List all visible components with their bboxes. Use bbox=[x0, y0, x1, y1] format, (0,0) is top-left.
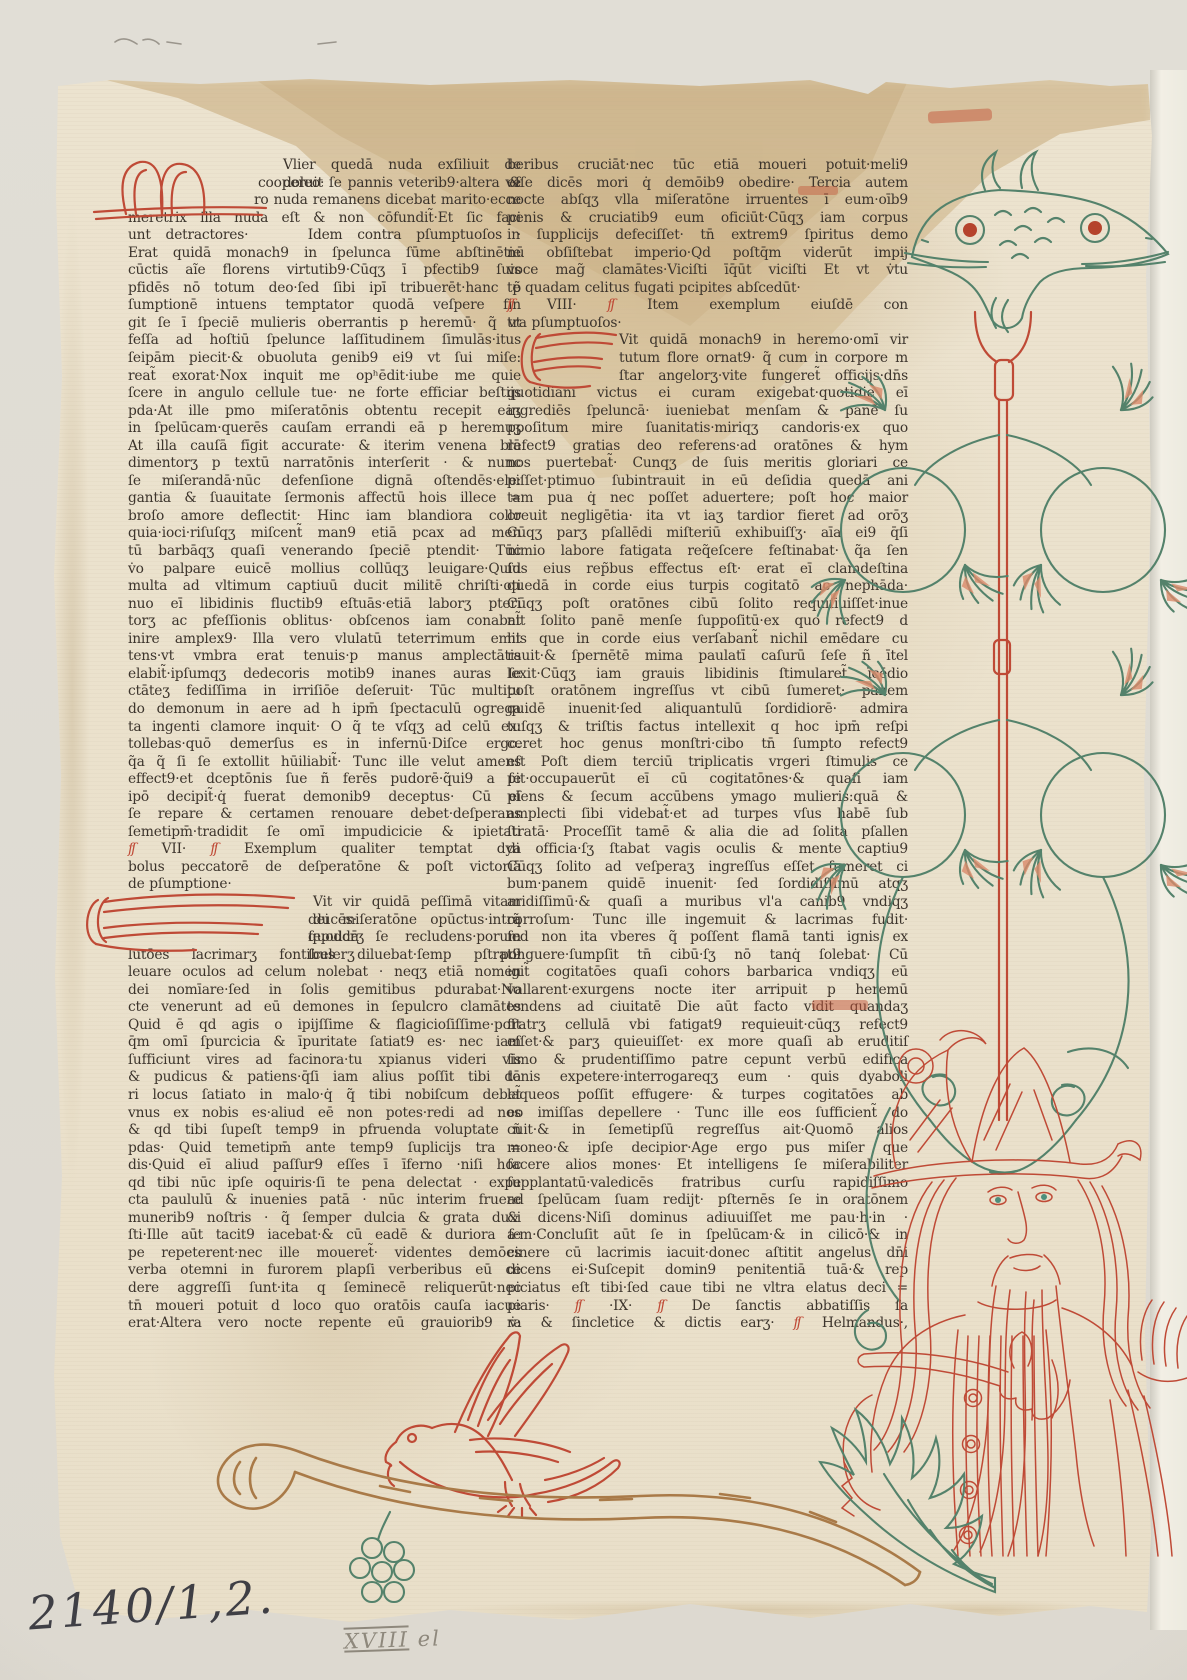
text-line: tam pua q̇ nec poſſet aduertere; poſt ho… bbox=[507, 490, 908, 508]
text-line: ſimo & prudentiſſimo patre cepunt verbū … bbox=[507, 1052, 908, 1070]
text-line: ſus eius rep̃bus effectus eſt· erat eī c… bbox=[507, 561, 908, 579]
text-line: quotidiani victus ei curam exigebat·quot… bbox=[507, 385, 908, 403]
text-line: lexit·Cūqʒ iam grauis libidinis ſtimular… bbox=[507, 666, 908, 684]
text-line: pdas· Quid temetipm̄ ante temp9 ſuplicij… bbox=[128, 1140, 521, 1158]
pencil-note: XVIII el bbox=[344, 1626, 442, 1653]
text-line: Cūqʒ ſolito ad veſperaʒ ingreſſus eſſet … bbox=[507, 859, 908, 877]
text-line: dis·Quid eī aliud paſſur9 eſſes ī īferno… bbox=[128, 1157, 521, 1175]
text-line: ſumptionē intuens temptator quodā veſper… bbox=[128, 297, 521, 315]
text-line: cūctis aĩe florens virtutib9·Cūqʒ ī pfec… bbox=[128, 262, 521, 280]
text-line: ad ſpelūcam ſuam redijt· pſternēs ſe in … bbox=[507, 1192, 908, 1210]
text-line: in ſupplicijs defeciſſet· tn̄ extrem9 ſp… bbox=[507, 227, 908, 245]
text-line: ſemetipm̄·tradidit ſe omī impudicicie & … bbox=[128, 824, 521, 842]
backing-sheet-edge bbox=[1150, 70, 1187, 1630]
text-line: multa ad vltimum captiuū ducit militē ch… bbox=[128, 578, 521, 596]
text-line: qd tibi nūc ipſe oquiris·ſi te pena dele… bbox=[128, 1175, 521, 1193]
text-line: nocte abſqʒ vlla miſeratōne irruentes ī … bbox=[507, 192, 908, 210]
text-line: poſt oratōnem ingreſſus vt cibū ſumeret·… bbox=[507, 683, 908, 701]
text-line: tens·vt vmbra erat tenuis·p manus amplec… bbox=[128, 648, 521, 666]
pencil-note-roman: XVIII bbox=[344, 1627, 410, 1653]
text-line: ſe miſerandā·nūc defenſione dignā oſtend… bbox=[128, 473, 521, 491]
heading-text: VII· bbox=[137, 841, 210, 857]
text-line: ſufficiunt vires ad facinora·tu xpianus … bbox=[128, 1052, 521, 1070]
text-line: unt detractores· Idem contra pſumptuoſos… bbox=[128, 227, 521, 245]
text-line: aridiſſimū·& quaſi a muribus vl'a canib9… bbox=[507, 894, 908, 912]
text-line: Vlier quedā nuda exſiliuit de doleo· & bbox=[128, 157, 521, 175]
text-line: feſſa ad hoſtiū ſpelunce laſſitudinem ſi… bbox=[128, 332, 521, 350]
text-line: ſtratā· Proceſſit tamē & alia die ad ſol… bbox=[507, 824, 908, 842]
text-line: piciatus eſt tibi·ſed caue tibi ne vltra… bbox=[507, 1280, 908, 1298]
text-line: leuare oculos ad celum nolebat · neqʒ et… bbox=[128, 964, 521, 982]
text-line: Vit quidā monach9 in heremo·omī vir bbox=[507, 332, 908, 350]
text-line: ri locus ſatiato in malo·q̇ q̃ tibi nobi… bbox=[128, 1087, 521, 1105]
text-line: munerib9 noſtris · q̃ ſemper dulcia & gr… bbox=[128, 1210, 521, 1228]
text-line: q̄m omī ſpurcicia & īpuritate ſatiat9 es… bbox=[128, 1034, 521, 1052]
text-line: igit̃ cogitatōes quaſi cohors barbarica … bbox=[507, 964, 908, 982]
text-line: Cūqʒ parʒ pſallēdi miſteriū exhibuiſſʒ· … bbox=[507, 525, 908, 543]
text-line: nit ſolito panē menſe ſuppoſitū·ex quo r… bbox=[507, 613, 908, 631]
text-line: a·m·Concluſit aūt ſe in ſpelūcam·& in ci… bbox=[507, 1227, 908, 1245]
text-line: tuſqʒ & triſtis factus intellexit q hoc … bbox=[507, 719, 908, 737]
text-line: meretrix illa nuda eſt & non cōfundit̃·E… bbox=[128, 210, 521, 228]
text-line: te quadam celitus fugati pcipites abſced… bbox=[507, 280, 908, 298]
text-line: de pſumptione· bbox=[128, 876, 521, 894]
text-line: tōnis expetere·interrogareqʒ eum · quis … bbox=[507, 1069, 908, 1087]
text-line: dere aggreſſi ſunt·ita q ſeminecē reliqu… bbox=[128, 1280, 521, 1298]
text-line: dimentorʒ p textū narratōnis interſerit … bbox=[128, 455, 521, 473]
text-line: git ſe ī ſpeciē mulieris oberrantis p he… bbox=[128, 315, 521, 333]
heading-text: ·IX· bbox=[584, 1298, 657, 1314]
text-line: reat̃ exorat·Nox inquit me opʰēdit·iube … bbox=[128, 368, 521, 386]
text-line: tutum flore ornat9· q̃ cum in corpore m bbox=[507, 350, 908, 368]
text-line: tollebas·quō demerſus es in infernū·Diſc… bbox=[128, 736, 521, 754]
text-line: ceret hoc genus monſtri·cibo tn̄ ſumpto … bbox=[507, 736, 908, 754]
text-line: quia·ioci·riſuſqʒ miſcent̃ man9 etiā pca… bbox=[128, 525, 521, 543]
heading-text: VIII· bbox=[516, 297, 607, 313]
text-line: amplecti ſibi videbat̃·et ad turpes vſus… bbox=[507, 806, 908, 824]
text-line: vallarent·exurgens nocte iter arripuit p… bbox=[507, 982, 908, 1000]
text-line: torʒ ac pfeſſionis oblitus· obſcenos iam… bbox=[128, 613, 521, 631]
text-line: ſtar angelorʒ·vite fungeret̃ officijs·dn… bbox=[507, 368, 908, 386]
text-line: Vit vir quidā peſſimā vitam ducēs· q̃ bbox=[128, 894, 521, 912]
text-line: broſo amore deflectit· Hinc iam blandior… bbox=[128, 508, 521, 526]
text-line: beribus cruciāt·nec tūc etiā moueri potu… bbox=[507, 157, 908, 175]
column-left: Vlier quedā nuda exſiliuit de doleo· &co… bbox=[128, 157, 521, 1333]
text-line: cinere cū lacrimis iacuit·donec aſtitit … bbox=[507, 1245, 908, 1263]
text-line: Erat quidā monach9 in ſpelunca ſūme abſt… bbox=[128, 245, 521, 263]
text-line: piaris· ſſ ·IX· ſſ De ſanctis abbatiſſis… bbox=[507, 1298, 908, 1316]
text-line: verba otemni in furorem plapſi verberibu… bbox=[128, 1262, 521, 1280]
text-line: cuit·& in ſemetipſū regreſſus ait·Quomō … bbox=[507, 1122, 908, 1140]
text-line: quidē inuenit·ſed aliquantulū ſordidiorē… bbox=[507, 701, 908, 719]
text-line: nimio labore fatigata req̃eſcere feſtina… bbox=[507, 543, 908, 561]
heading-text: De ſanctis abbatiſſis ſa bbox=[667, 1298, 908, 1314]
text-line: effect9·et dceptōnis ſue ñ ferēs pudorē·… bbox=[128, 771, 521, 789]
text-line: nū obſiſtebat imperio·Qd poſtq̄m viderūt… bbox=[507, 245, 908, 263]
text-line: ro nuda remanens dicebat marito·ecce bbox=[128, 192, 521, 210]
text-line: ſe repare & certamen renouare debet·deſp… bbox=[128, 806, 521, 824]
text-line: eo imiſſas depellere · Tunc ille eos ſuf… bbox=[507, 1105, 908, 1123]
text-line: ppoſitum mire ſuanitatis·miriqʒ candoris… bbox=[507, 420, 908, 438]
text-line: in ſpelūcam·querēs cauſam errandi eā p h… bbox=[128, 420, 521, 438]
text-line: rauit·& ſpernētē mima paulatī caſurū ſeſ… bbox=[507, 648, 908, 666]
column-right: beribus cruciāt·nec tūc etiā moueri potu… bbox=[507, 157, 908, 1333]
text-line: do demonum in aere ad h ipm̄ ſpectaculū … bbox=[128, 701, 521, 719]
paragraph-mark: ſſ bbox=[575, 1298, 581, 1314]
text-line: Cūqʒ poſt oratōnes cibū ſolito requiſiui… bbox=[507, 596, 908, 614]
text-line: gantia & ſuauitate ſermonis affectū hois… bbox=[128, 490, 521, 508]
scanned-page: Vlier quedā nuda exſiliuit de doleo· &co… bbox=[0, 0, 1187, 1680]
text-line: v̇o palpare euicē mollius collūqʒ leuiga… bbox=[128, 561, 521, 579]
text-line: ra & ſincletice & dictis earʒ· ſſ Helman… bbox=[507, 1315, 908, 1333]
text-line: facere alios mones· Et intelligens ſe mi… bbox=[507, 1157, 908, 1175]
text-line: ſupplantatū·valedicēs fratribus curſu ra… bbox=[507, 1175, 908, 1193]
text-line: eſſe dicēs mori q̇ demōib9 obedire· Terc… bbox=[507, 175, 908, 193]
text-line: nos puertebat̃· Cunqʒ de ſuis meritis gl… bbox=[507, 455, 908, 473]
text-line: ipō decipit̃·q̇ fuerat demonib9 deceptus… bbox=[128, 789, 521, 807]
text-line: pe repeterent·nec ille moueret̃· vidente… bbox=[128, 1245, 521, 1263]
pencil-note-suffix: el bbox=[417, 1626, 441, 1651]
text-line: ſſ VIII· ſſ Item exemplum eiuſdē con bbox=[507, 297, 908, 315]
text-line: lutōes lacrimarʒ fontibus diluebat·ſemp … bbox=[128, 947, 521, 965]
text-line: moneo·& ipſe decipior·Age ergo pus miſer… bbox=[507, 1140, 908, 1158]
text-line: tra pſumptuoſos· bbox=[507, 315, 908, 333]
text-line: dei miſeratōne opūctus·intra ſepulcrʒ bbox=[128, 912, 521, 930]
heading-text: Item exemplum eiuſdē con bbox=[616, 297, 908, 313]
text-line: ta ingenti clamore inquit· O q̃ te vſqʒ … bbox=[128, 719, 521, 737]
text-line: cte venerunt ad eū demones in ſepulcro c… bbox=[128, 999, 521, 1017]
text-line: pda·At ille pmo miſeratōnis obtentu rece… bbox=[128, 403, 521, 421]
paragraph-mark: ſſ bbox=[794, 1315, 800, 1331]
text-line: laqueos poſſit effugere· & turpes cogita… bbox=[507, 1087, 908, 1105]
text-line: eſt Poſt diem terciū triplicatis vrgeri … bbox=[507, 754, 908, 772]
heading-text: Helmandus·, bbox=[803, 1315, 908, 1331]
text-line: pit·occupauerūt eī cū cogitatōnes·& quaſ… bbox=[507, 771, 908, 789]
text-line: nuo eī libidinis fluctib9 eſtuās·etiā la… bbox=[128, 596, 521, 614]
paragraph-mark: ſſ bbox=[210, 841, 216, 857]
paragraph-mark: ſſ bbox=[128, 841, 134, 857]
heading-text: Exemplum qualiter temptat dya bbox=[220, 841, 521, 857]
text-line: refect9 gratias deo referens·ad oratōnes… bbox=[507, 438, 908, 456]
text-line: erat·Altera vero nocte repente eū grauio… bbox=[128, 1315, 521, 1333]
text-line: tendens ad ciuitatē Die aūt facto vidit … bbox=[507, 999, 908, 1017]
text-line: quedā in corde eius turpis cogitatō ac n… bbox=[507, 578, 908, 596]
text-line: & dicens·Niſi dominus adiuuiſſet me pau·… bbox=[507, 1210, 908, 1228]
heading-text: ra & ſincletice & dictis earʒ· bbox=[507, 1315, 794, 1331]
text-line: bolus peccatorē de deſperatōne & poſt vi… bbox=[128, 859, 521, 877]
text-line: cooperuit ſe pannis veterib9·altera ve bbox=[128, 175, 521, 193]
text-line: q̃a q̃ ſi ſe extollit hūiliabit̃· Tunc i… bbox=[128, 754, 521, 772]
text-line: ſed non ita vberes q̃ poſſent flamā tant… bbox=[507, 929, 908, 947]
text-line: di officia·ſʒ ſtabat vagis oculis & ment… bbox=[507, 841, 908, 859]
text-line: Quid ē qd agis o ipijſſime & flagicioſiſ… bbox=[128, 1017, 521, 1035]
text-line: dei nomīare·ſed in ſolis gemitibus pdura… bbox=[128, 982, 521, 1000]
text-line: At illa cauſā fīgit accurate· & iterim v… bbox=[128, 438, 521, 456]
text-line: vnus ex nobis es·aliud eē non potes·redi… bbox=[128, 1105, 521, 1123]
text-line: ſti·Ille aūt tacit9 iacebat·& cū eadē & … bbox=[128, 1227, 521, 1245]
text-line: piſſet·ptimuo ſubintrauit in eū deſidia … bbox=[507, 473, 908, 491]
text-line: bum·panem quidē inuenit· ſed ſordidiſſim… bbox=[507, 876, 908, 894]
text-line: his que in corde eius verſabant̃ nichil … bbox=[507, 631, 908, 649]
text-line: pfidēs nō totum deo·ſed ſibi ipī tribuer… bbox=[128, 280, 521, 298]
text-line: tū barbāqʒ quaſi venerando ſpeciē ptendi… bbox=[128, 543, 521, 561]
paragraph-mark: ſſ bbox=[507, 297, 513, 313]
text-line: fratrʒ cellulā vbi fatigat9 requieuit·cū… bbox=[507, 1017, 908, 1035]
heading-text: piaris· bbox=[507, 1298, 575, 1314]
paragraph-mark: ſſ bbox=[607, 297, 613, 313]
text-line: ctāteʒ fediſſima in irriſiōe deſeruit· T… bbox=[128, 683, 521, 701]
text-line: & qd tibi ſupeſt temp9 in pfruenda volup… bbox=[128, 1122, 521, 1140]
text-line: tinguere·ſumpſit tn̄ cibū·ſʒ nō tanq̇ ſo… bbox=[507, 947, 908, 965]
text-line: ingrediēs ſpeluncā· iueniebat menſam & p… bbox=[507, 403, 908, 421]
text-line: & pudicus & patiens·q̄ſi iam alius poſſi… bbox=[128, 1069, 521, 1087]
text-line: cta paululū & inuenies patā · nūc interi… bbox=[128, 1192, 521, 1210]
text-line: pſens & ſecum accūbens ymago mulieris:qu… bbox=[507, 789, 908, 807]
text-line: ſcere in angulo cellule tue· ne forte ef… bbox=[128, 385, 521, 403]
text-line: inire amplex9· Illa vero vlulatū teterri… bbox=[128, 631, 521, 649]
text-line: penis & cruciatib9 eum oficiūt·Cūqʒ iam … bbox=[507, 210, 908, 228]
text-line: tn̄ moueri potuit d loco quo oratōis cau… bbox=[128, 1298, 521, 1316]
text-line: ſeipām piecit·& obuoluta genib9 ei9 vt ſ… bbox=[128, 350, 521, 368]
text-line: creuit negligētia· ita vt iaʒ tardior fi… bbox=[507, 508, 908, 526]
text-line: elabit̃·ipſumqʒ dedecoris motib9 inanes … bbox=[128, 666, 521, 684]
text-line: quoddā ſe recludens·porum ſcelerʒ pol bbox=[128, 929, 521, 947]
pencil-scribble bbox=[115, 39, 181, 44]
text-line: corroſum· Tunc ille ingemuit & lacrimas … bbox=[507, 912, 908, 930]
text-line: eſſet·& parʒ quieuiſſet· ex more quaſi a… bbox=[507, 1034, 908, 1052]
text-line: dicens ei·Suſcepit domin9 penitentiā tuā… bbox=[507, 1262, 908, 1280]
text-line: ſſ VII· ſſ Exemplum qualiter temptat dya bbox=[128, 841, 521, 859]
text-line: voce mag̃ clamātes·Viciſti īq̄ūt viciſti… bbox=[507, 262, 908, 280]
paragraph-mark: ſſ bbox=[657, 1298, 663, 1314]
